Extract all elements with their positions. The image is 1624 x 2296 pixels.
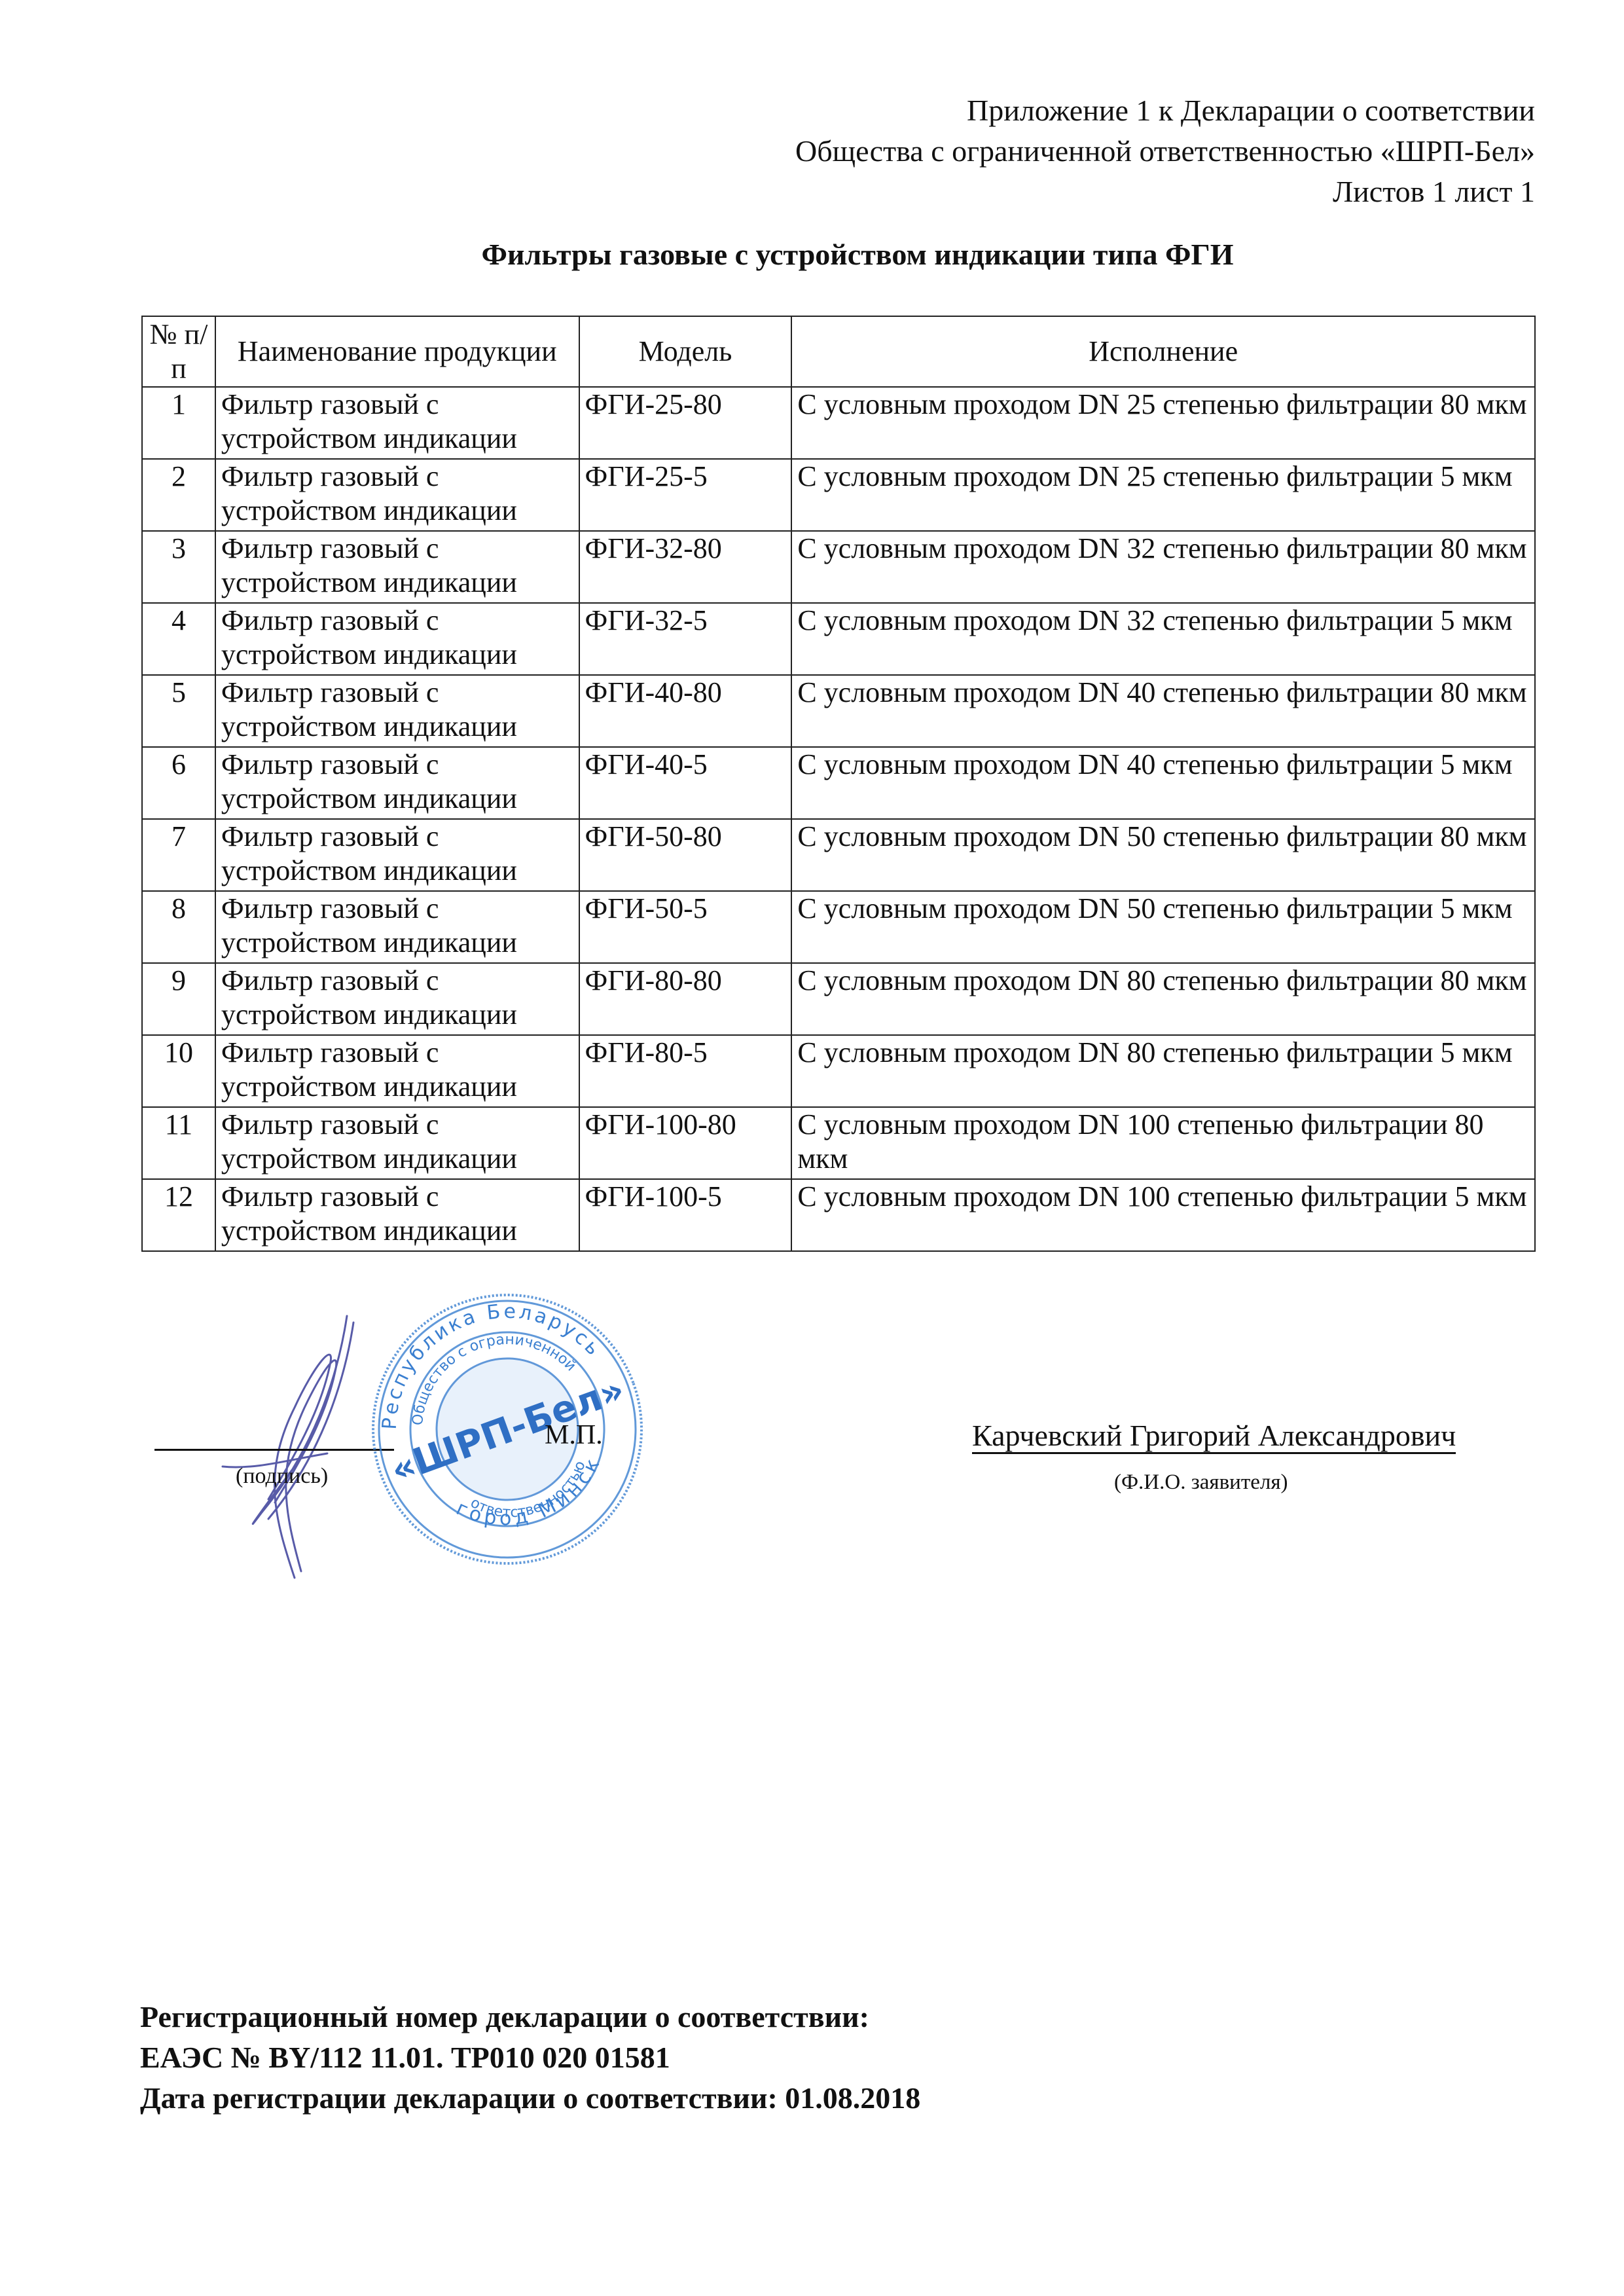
table-row: 10Фильтр газовый с устройством индикации…: [142, 1035, 1535, 1107]
table-row: 1Фильтр газовый с устройством индикацииФ…: [142, 387, 1535, 459]
cell-model: ФГИ-100-80: [579, 1107, 792, 1179]
registration-date: Дата регистрации декларации о соответств…: [140, 2078, 920, 2119]
cell-model: ФГИ-25-5: [579, 459, 792, 531]
applicant-caption: (Ф.И.О. заявителя): [1114, 1470, 1288, 1495]
cell-product-name: Фильтр газовый с устройством индикации: [215, 1035, 579, 1107]
signature-caption: (подпись): [236, 1464, 328, 1489]
applicant-name: Карчевский Григорий Александрович: [972, 1419, 1456, 1454]
cell-number: 10: [142, 1035, 215, 1107]
column-header-execution: Исполнение: [791, 316, 1535, 387]
table-row: 4Фильтр газовый с устройством индикацииФ…: [142, 603, 1535, 675]
cell-execution: С условным проходом DN 32 степенью фильт…: [791, 531, 1535, 603]
table-row: 11Фильтр газовый с устройством индикации…: [142, 1107, 1535, 1179]
cell-number: 1: [142, 387, 215, 459]
cell-product-name: Фильтр газовый с устройством индикации: [215, 891, 579, 963]
cell-number: 11: [142, 1107, 215, 1179]
table-row: 7Фильтр газовый с устройством индикацииФ…: [142, 819, 1535, 891]
cell-execution: С условным проходом DN 50 степенью фильт…: [791, 891, 1535, 963]
cell-execution: С условным проходом DN 25 степенью фильт…: [791, 459, 1535, 531]
table-row: 8Фильтр газовый с устройством индикацииФ…: [142, 891, 1535, 963]
table-header-row: № п/п Наименование продукции Модель Испо…: [142, 316, 1535, 387]
cell-number: 3: [142, 531, 215, 603]
company-seal-stamp: Республика Беларусь Общество с ограничен…: [367, 1288, 648, 1570]
cell-number: 6: [142, 747, 215, 819]
cell-product-name: Фильтр газовый с устройством индикации: [215, 1179, 579, 1251]
cell-model: ФГИ-50-5: [579, 891, 792, 963]
cell-product-name: Фильтр газовый с устройством индикации: [215, 819, 579, 891]
cell-model: ФГИ-40-80: [579, 675, 792, 747]
cell-product-name: Фильтр газовый с устройством индикации: [215, 963, 579, 1035]
cell-model: ФГИ-32-5: [579, 603, 792, 675]
products-table: № п/п Наименование продукции Модель Испо…: [141, 316, 1536, 1252]
cell-execution: С условным проходом DN 100 степенью филь…: [791, 1179, 1535, 1251]
cell-model: ФГИ-25-80: [579, 387, 792, 459]
cell-execution: С условным проходом DN 80 степенью фильт…: [791, 963, 1535, 1035]
sheets-line: Листов 1 лист 1: [795, 172, 1535, 212]
cell-model: ФГИ-100-5: [579, 1179, 792, 1251]
table-row: 5Фильтр газовый с устройством индикацииФ…: [142, 675, 1535, 747]
cell-model: ФГИ-40-5: [579, 747, 792, 819]
company-line: Общества с ограниченной ответственностью…: [795, 131, 1535, 172]
registration-block: Регистрационный номер декларации о соотв…: [140, 1997, 920, 2119]
cell-number: 9: [142, 963, 215, 1035]
cell-product-name: Фильтр газовый с устройством индикации: [215, 747, 579, 819]
cell-product-name: Фильтр газовый с устройством индикации: [215, 1107, 579, 1179]
cell-number: 5: [142, 675, 215, 747]
cell-product-name: Фильтр газовый с устройством индикации: [215, 459, 579, 531]
cell-number: 12: [142, 1179, 215, 1251]
cell-number: 8: [142, 891, 215, 963]
table-row: 3Фильтр газовый с устройством индикацииФ…: [142, 531, 1535, 603]
cell-product-name: Фильтр газовый с устройством индикации: [215, 675, 579, 747]
table-row: 12Фильтр газовый с устройством индикации…: [142, 1179, 1535, 1251]
cell-execution: С условным проходом DN 40 степенью фильт…: [791, 675, 1535, 747]
cell-execution: С условным проходом DN 100 степенью филь…: [791, 1107, 1535, 1179]
table-row: 6Фильтр газовый с устройством индикацииФ…: [142, 747, 1535, 819]
document-title: Фильтры газовые с устройством индикации …: [0, 237, 1624, 272]
document-page: Приложение 1 к Декларации о соответствии…: [0, 0, 1624, 2296]
registration-number: ЕАЭС № BY/112 11.01. ТР010 020 01581: [140, 2037, 920, 2078]
cell-execution: С условным проходом DN 32 степенью фильт…: [791, 603, 1535, 675]
cell-model: ФГИ-80-80: [579, 963, 792, 1035]
cell-number: 4: [142, 603, 215, 675]
cell-product-name: Фильтр газовый с устройством индикации: [215, 531, 579, 603]
cell-execution: С условным проходом DN 80 степенью фильт…: [791, 1035, 1535, 1107]
column-header-name: Наименование продукции: [215, 316, 579, 387]
appendix-header: Приложение 1 к Декларации о соответствии…: [795, 90, 1535, 212]
cell-model: ФГИ-80-5: [579, 1035, 792, 1107]
signature-line: [154, 1449, 394, 1451]
cell-number: 2: [142, 459, 215, 531]
cell-execution: С условным проходом DN 40 степенью фильт…: [791, 747, 1535, 819]
appendix-line: Приложение 1 к Декларации о соответствии: [795, 90, 1535, 131]
cell-model: ФГИ-32-80: [579, 531, 792, 603]
table-row: 2Фильтр газовый с устройством индикацииФ…: [142, 459, 1535, 531]
column-header-number: № п/п: [142, 316, 215, 387]
cell-product-name: Фильтр газовый с устройством индикации: [215, 603, 579, 675]
seal-place-label: М.П.: [545, 1419, 603, 1451]
cell-execution: С условным проходом DN 50 степенью фильт…: [791, 819, 1535, 891]
registration-number-label: Регистрационный номер декларации о соотв…: [140, 1997, 920, 2037]
column-header-model: Модель: [579, 316, 792, 387]
cell-model: ФГИ-50-80: [579, 819, 792, 891]
table-row: 9Фильтр газовый с устройством индикацииФ…: [142, 963, 1535, 1035]
table-body: 1Фильтр газовый с устройством индикацииФ…: [142, 387, 1535, 1251]
cell-product-name: Фильтр газовый с устройством индикации: [215, 387, 579, 459]
cell-execution: С условным проходом DN 25 степенью фильт…: [791, 387, 1535, 459]
cell-number: 7: [142, 819, 215, 891]
